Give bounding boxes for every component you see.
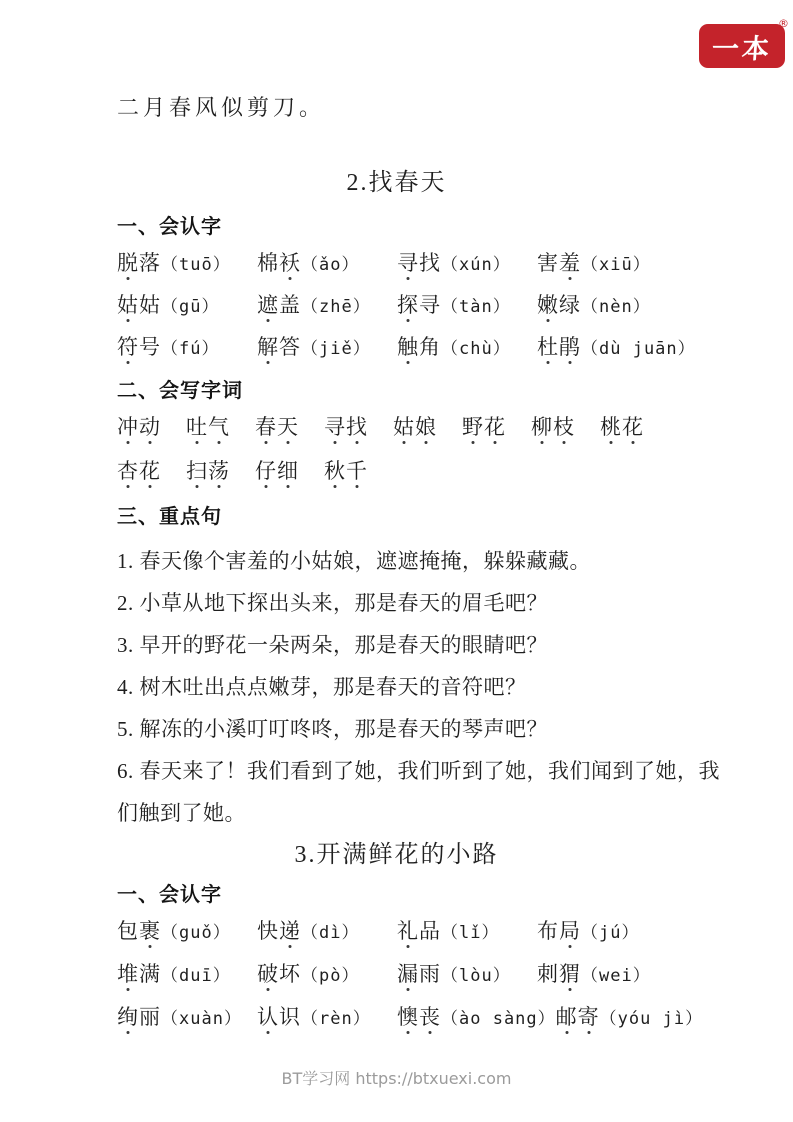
word-row: 绚丽（xuàn）认识（rèn）懊丧（ào sàng）邮寄（yóu jì） — [117, 1001, 757, 1044]
word-char: 姑 — [139, 293, 161, 317]
pinyin-annotation: （zhē） — [301, 297, 371, 317]
word-item: 杏花 — [117, 455, 161, 485]
word-item: 快递（dì） — [257, 915, 397, 945]
word-char: 枝 — [553, 411, 575, 441]
pinyin-annotation: （dì） — [301, 923, 359, 943]
word-char: 姑 — [393, 411, 415, 441]
word-char: 细 — [277, 455, 299, 485]
word-char: 害 — [537, 251, 559, 275]
word-char: 羞 — [559, 247, 581, 277]
word-item: 秋千 — [324, 455, 368, 485]
word-row: 堆满（duī）破坏（pò）漏雨（lòu）刺猬（wei） — [117, 958, 757, 1001]
word-char: 触 — [397, 331, 419, 361]
pinyin-annotation: （jiě） — [301, 339, 371, 359]
word-char: 动 — [139, 411, 161, 441]
word-item: 寻找 — [324, 411, 368, 441]
word-item: 杜鹃（dù juān） — [537, 331, 696, 361]
word-item: 刺猬（wei） — [537, 958, 677, 988]
lesson-2-write-heading: 二、会写字词 — [117, 377, 793, 403]
pinyin-annotation: （dù juān） — [581, 339, 696, 359]
word-char: 脱 — [117, 247, 139, 277]
word-item: 绚丽（xuàn） — [117, 1001, 257, 1031]
lesson-2-title: 2.找春天 — [0, 162, 793, 197]
word-item: 扫荡 — [186, 455, 230, 485]
pinyin-annotation: （pò） — [301, 966, 359, 986]
word-char: 包 — [117, 919, 139, 943]
word-char: 嫩 — [537, 289, 559, 319]
lesson-2-recognize-heading: 一、会认字 — [117, 213, 793, 239]
word-item: 漏雨（lòu） — [397, 958, 537, 988]
word-char: 春 — [255, 411, 277, 441]
word-char: 冲 — [117, 411, 139, 441]
word-char: 裹 — [139, 915, 161, 945]
word-item: 冲动 — [117, 411, 161, 441]
word-char: 找 — [346, 411, 368, 441]
word-char: 坏 — [279, 962, 301, 986]
word-item: 遮盖（zhē） — [257, 289, 397, 319]
word-item: 柳枝 — [531, 411, 575, 441]
word-row: 符号（fú）解答（jiě）触角（chù）杜鹃（dù juān） — [117, 331, 757, 373]
document-page: 一本 ® 二月春风似剪刀。 2.找春天 一、会认字 脱落（tuō）棉袄（ǎo）寻… — [0, 0, 793, 1122]
word-item: 堆满（duī） — [117, 958, 257, 988]
word-char: 寻 — [324, 411, 346, 441]
word-char: 寻 — [397, 247, 419, 277]
word-char: 邮 — [556, 1001, 578, 1031]
word-item: 符号（fú） — [117, 331, 257, 361]
word-char: 吐 — [186, 411, 208, 441]
pinyin-annotation: （nèn） — [581, 297, 651, 317]
pinyin-annotation: （gū） — [161, 297, 219, 317]
word-item: 桃花 — [600, 411, 644, 441]
word-char: 布 — [537, 919, 559, 943]
word-item: 姑娘 — [393, 411, 437, 441]
word-char: 遮 — [257, 289, 279, 319]
word-item: 包裹（guǒ） — [117, 915, 257, 945]
lesson-3-recognize-word-list: 包裹（guǒ）快递（dì）礼品（lǐ）布局（jú）堆满（duī）破坏（pò）漏雨… — [117, 915, 757, 1044]
pinyin-annotation: （yóu jì） — [600, 1009, 703, 1029]
word-char: 寄 — [578, 1001, 600, 1031]
word-char: 解 — [257, 331, 279, 361]
word-char: 局 — [559, 915, 581, 945]
word-row: 姑姑（gū）遮盖（zhē）探寻（tàn）嫩绿（nèn） — [117, 289, 757, 331]
word-item: 触角（chù） — [397, 331, 537, 361]
key-sentence: 5. 解冻的小溪叮叮咚咚，那是春天的琴声吧？ — [117, 708, 721, 750]
word-item: 认识（rèn） — [257, 1001, 397, 1031]
word-char: 懊 — [397, 1001, 419, 1031]
word-char: 桃 — [600, 411, 622, 441]
key-sentence: 4. 树木吐出点点嫩芽，那是春天的音符吧？ — [117, 666, 721, 708]
word-item: 害羞（xiū） — [537, 247, 677, 277]
lesson-2-write-word-list: 冲动吐气春天寻找姑娘野花柳枝桃花杏花扫荡仔细秋千 — [117, 411, 757, 499]
word-char: 答 — [279, 335, 301, 359]
pinyin-annotation: （xún） — [441, 255, 511, 275]
word-char: 礼 — [397, 915, 419, 945]
word-char: 寻 — [419, 293, 441, 317]
word-char: 秋 — [324, 455, 346, 485]
word-item: 吐气 — [186, 411, 230, 441]
word-char: 花 — [622, 411, 644, 441]
lesson-2-key-sentences-heading: 三、重点句 — [117, 503, 793, 529]
word-char: 堆 — [117, 958, 139, 988]
lesson-2-key-sentence-list: 1. 春天像个害羞的小姑娘，遮遮掩掩，躲躲藏藏。 2. 小草从地下探出头来，那是… — [117, 540, 721, 834]
yiben-logo-text: 一本 — [711, 27, 774, 66]
lesson-3-recognize-heading: 一、会认字 — [117, 881, 793, 907]
word-char: 找 — [419, 251, 441, 275]
word-char: 识 — [279, 1005, 301, 1029]
word-char: 盖 — [279, 293, 301, 317]
word-item: 野花 — [462, 411, 506, 441]
word-char: 递 — [279, 915, 301, 945]
word-char: 娘 — [415, 411, 437, 441]
word-char: 快 — [257, 919, 279, 943]
pinyin-annotation: （ǎo） — [301, 255, 359, 275]
word-char: 气 — [208, 411, 230, 441]
word-item: 探寻（tàn） — [397, 289, 537, 319]
word-char: 袄 — [279, 247, 301, 277]
pinyin-annotation: （rèn） — [301, 1009, 371, 1029]
pinyin-annotation: （guǒ） — [161, 923, 231, 943]
word-row: 冲动吐气春天寻找姑娘野花柳枝桃花 — [117, 411, 757, 455]
pinyin-annotation: （xiū） — [581, 255, 651, 275]
pinyin-annotation: （jú） — [581, 923, 639, 943]
key-sentence: 6. 春天来了！我们看到了她，我们听到了她，我们闻到了她，我们触到了她。 — [117, 750, 721, 834]
word-char: 丽 — [139, 1005, 161, 1029]
yiben-logo: 一本 ® — [699, 24, 785, 68]
pinyin-annotation: （tuō） — [161, 255, 231, 275]
word-char: 丧 — [419, 1001, 441, 1031]
word-char: 品 — [419, 919, 441, 943]
word-item: 嫩绿（nèn） — [537, 289, 677, 319]
word-char: 杜 — [537, 331, 559, 361]
word-item: 姑姑（gū） — [117, 289, 257, 319]
word-item: 破坏（pò） — [257, 958, 397, 988]
pinyin-annotation: （lǐ） — [441, 923, 499, 943]
word-item: 解答（jiě） — [257, 331, 397, 361]
pinyin-annotation: （tàn） — [441, 297, 511, 317]
lesson-2-recognize-word-list: 脱落（tuō）棉袄（ǎo）寻找（xún）害羞（xiū）姑姑（gū）遮盖（zhē）… — [117, 247, 757, 373]
word-char: 花 — [139, 455, 161, 485]
word-char: 杏 — [117, 455, 139, 485]
word-row: 杏花扫荡仔细秋千 — [117, 455, 757, 499]
word-char: 角 — [419, 335, 441, 359]
pinyin-annotation: （ào sàng） — [441, 1009, 556, 1029]
word-char: 仔 — [255, 455, 277, 485]
pinyin-annotation: （lòu） — [441, 966, 511, 986]
word-char: 认 — [257, 1001, 279, 1031]
pinyin-annotation: （xuàn） — [161, 1009, 242, 1029]
registered-trademark-icon: ® — [778, 17, 789, 30]
pinyin-annotation: （fú） — [161, 339, 219, 359]
word-char: 荡 — [208, 455, 230, 485]
word-char: 鹃 — [559, 331, 581, 361]
word-char: 满 — [139, 962, 161, 986]
word-char: 扫 — [186, 455, 208, 485]
pinyin-annotation: （chù） — [441, 339, 511, 359]
word-row: 包裹（guǒ）快递（dì）礼品（lǐ）布局（jú） — [117, 915, 757, 958]
word-char: 探 — [397, 289, 419, 319]
lesson-3-title: 3.开满鲜花的小路 — [0, 834, 793, 869]
word-item: 礼品（lǐ） — [397, 915, 537, 945]
word-char: 绚 — [117, 1001, 139, 1031]
word-item: 邮寄（yóu jì） — [556, 1001, 703, 1031]
footer-site-link: BT学习网 https://btxuexi.com — [0, 1066, 793, 1089]
word-item: 棉袄（ǎo） — [257, 247, 397, 277]
word-char: 棉 — [257, 251, 279, 275]
word-row: 脱落（tuō）棉袄（ǎo）寻找（xún）害羞（xiū） — [117, 247, 757, 289]
word-char: 符 — [117, 331, 139, 361]
word-char: 花 — [484, 411, 506, 441]
word-item: 春天 — [255, 411, 299, 441]
word-char: 柳 — [531, 411, 553, 441]
key-sentence: 3. 早开的野花一朵两朵，那是春天的眼睛吧？ — [117, 624, 721, 666]
word-char: 千 — [346, 455, 368, 485]
word-char: 天 — [277, 411, 299, 441]
word-item: 寻找（xún） — [397, 247, 537, 277]
word-char: 猬 — [559, 958, 581, 988]
word-char: 绿 — [559, 293, 581, 317]
word-char: 野 — [462, 411, 484, 441]
word-item: 脱落（tuō） — [117, 247, 257, 277]
poem-line: 二月春风似剪刀。 — [117, 0, 793, 122]
word-char: 破 — [257, 958, 279, 988]
word-item: 懊丧（ào sàng） — [397, 1001, 556, 1031]
key-sentence: 1. 春天像个害羞的小姑娘，遮遮掩掩，躲躲藏藏。 — [117, 540, 721, 582]
word-item: 仔细 — [255, 455, 299, 485]
word-char: 雨 — [419, 962, 441, 986]
word-char: 姑 — [117, 289, 139, 319]
pinyin-annotation: （duī） — [161, 966, 231, 986]
word-char: 刺 — [537, 962, 559, 986]
word-char: 号 — [139, 335, 161, 359]
pinyin-annotation: （wei） — [581, 966, 651, 986]
word-char: 漏 — [397, 958, 419, 988]
word-item: 布局（jú） — [537, 915, 677, 945]
word-char: 落 — [139, 251, 161, 275]
key-sentence: 2. 小草从地下探出头来，那是春天的眉毛吧？ — [117, 582, 721, 624]
